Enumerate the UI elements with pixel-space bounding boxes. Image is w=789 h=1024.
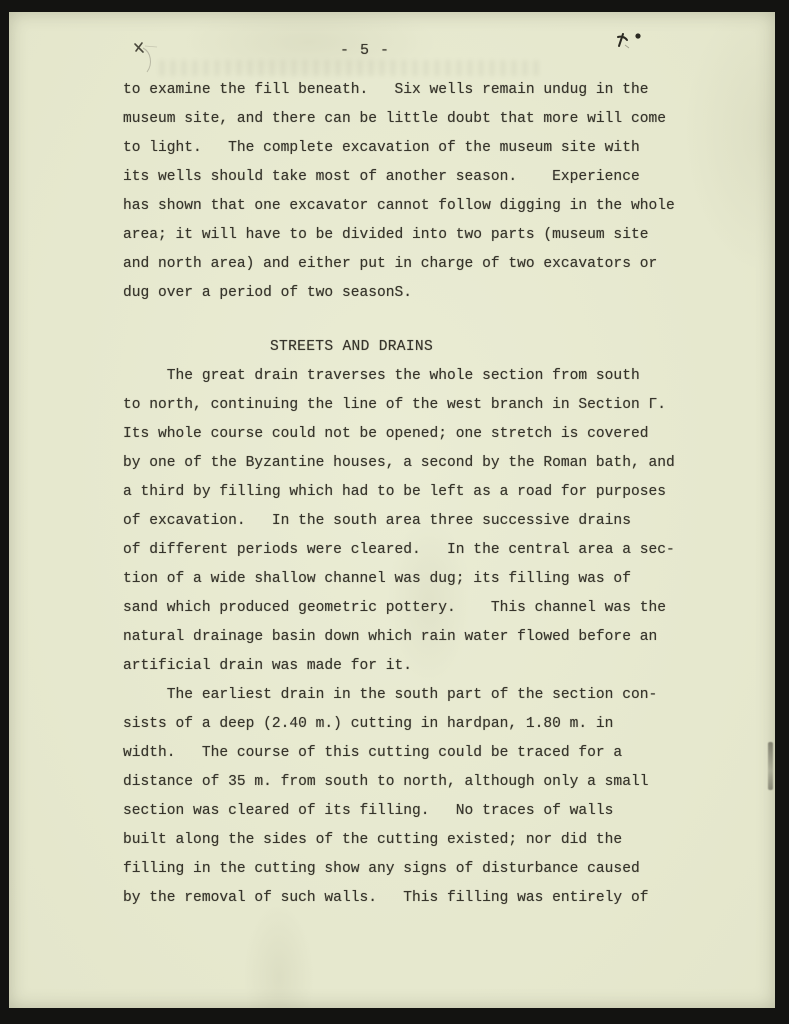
text-line: has shown that one excavator cannot foll… (123, 192, 703, 221)
text-line: built along the sides of the cutting exi… (123, 826, 703, 855)
ink-mark-icon (609, 28, 653, 58)
scanned-page: - 5 - to examine the fill beneath. Six w… (0, 0, 789, 1024)
text-line: a third by filling which had to be left … (123, 478, 703, 507)
text-line: Its whole course could not be opened; on… (123, 420, 703, 449)
text-line: of excavation. In the south area three s… (123, 507, 703, 536)
paper-sheet: - 5 - to examine the fill beneath. Six w… (9, 12, 775, 1008)
text-line: width. The course of this cutting could … (123, 739, 703, 768)
page-number: - 5 - (340, 42, 390, 59)
text-line: The great drain traverses the whole sect… (123, 362, 703, 391)
text-line: area; it will have to be divided into tw… (123, 221, 703, 250)
text-blocks: to examine the fill beneath. Six wells r… (123, 76, 703, 913)
text-line: to north, continuing the line of the wes… (123, 391, 703, 420)
text-line: to examine the fill beneath. Six wells r… (123, 76, 703, 105)
text-line: its wells should take most of another se… (123, 163, 703, 192)
text-line: filling in the cutting show any signs of… (123, 855, 703, 884)
text-line: tion of a wide shallow channel was dug; … (123, 565, 703, 594)
text-line: distance of 35 m. from south to north, a… (123, 768, 703, 797)
text-line: artificial drain was made for it. (123, 652, 703, 681)
text-line: to light. The complete excavation of the… (123, 134, 703, 163)
text-line: by one of the Byzantine houses, a second… (123, 449, 703, 478)
text-line: section was cleared of its filling. No t… (123, 797, 703, 826)
text-line: museum site, and there can be little dou… (123, 105, 703, 134)
text-line: sists of a deep (2.40 m.) cutting in har… (123, 710, 703, 739)
text-line: The earliest drain in the south part of … (123, 681, 703, 710)
text-line: natural drainage basin down which rain w… (123, 623, 703, 652)
edge-smudge (768, 742, 773, 790)
text-line: of different periods were cleared. In th… (123, 536, 703, 565)
text-line: by the removal of such walls. This filli… (123, 884, 703, 913)
pencil-mark-icon (127, 34, 167, 74)
text-line: and north area) and either put in charge… (123, 250, 703, 279)
ghost-typing-impression (159, 60, 539, 76)
section-heading: STREETS AND DRAINS (123, 333, 703, 362)
text-line: sand which produced geometric pottery. T… (123, 594, 703, 623)
text-line: dug over a period of two seasonS. (123, 279, 703, 308)
